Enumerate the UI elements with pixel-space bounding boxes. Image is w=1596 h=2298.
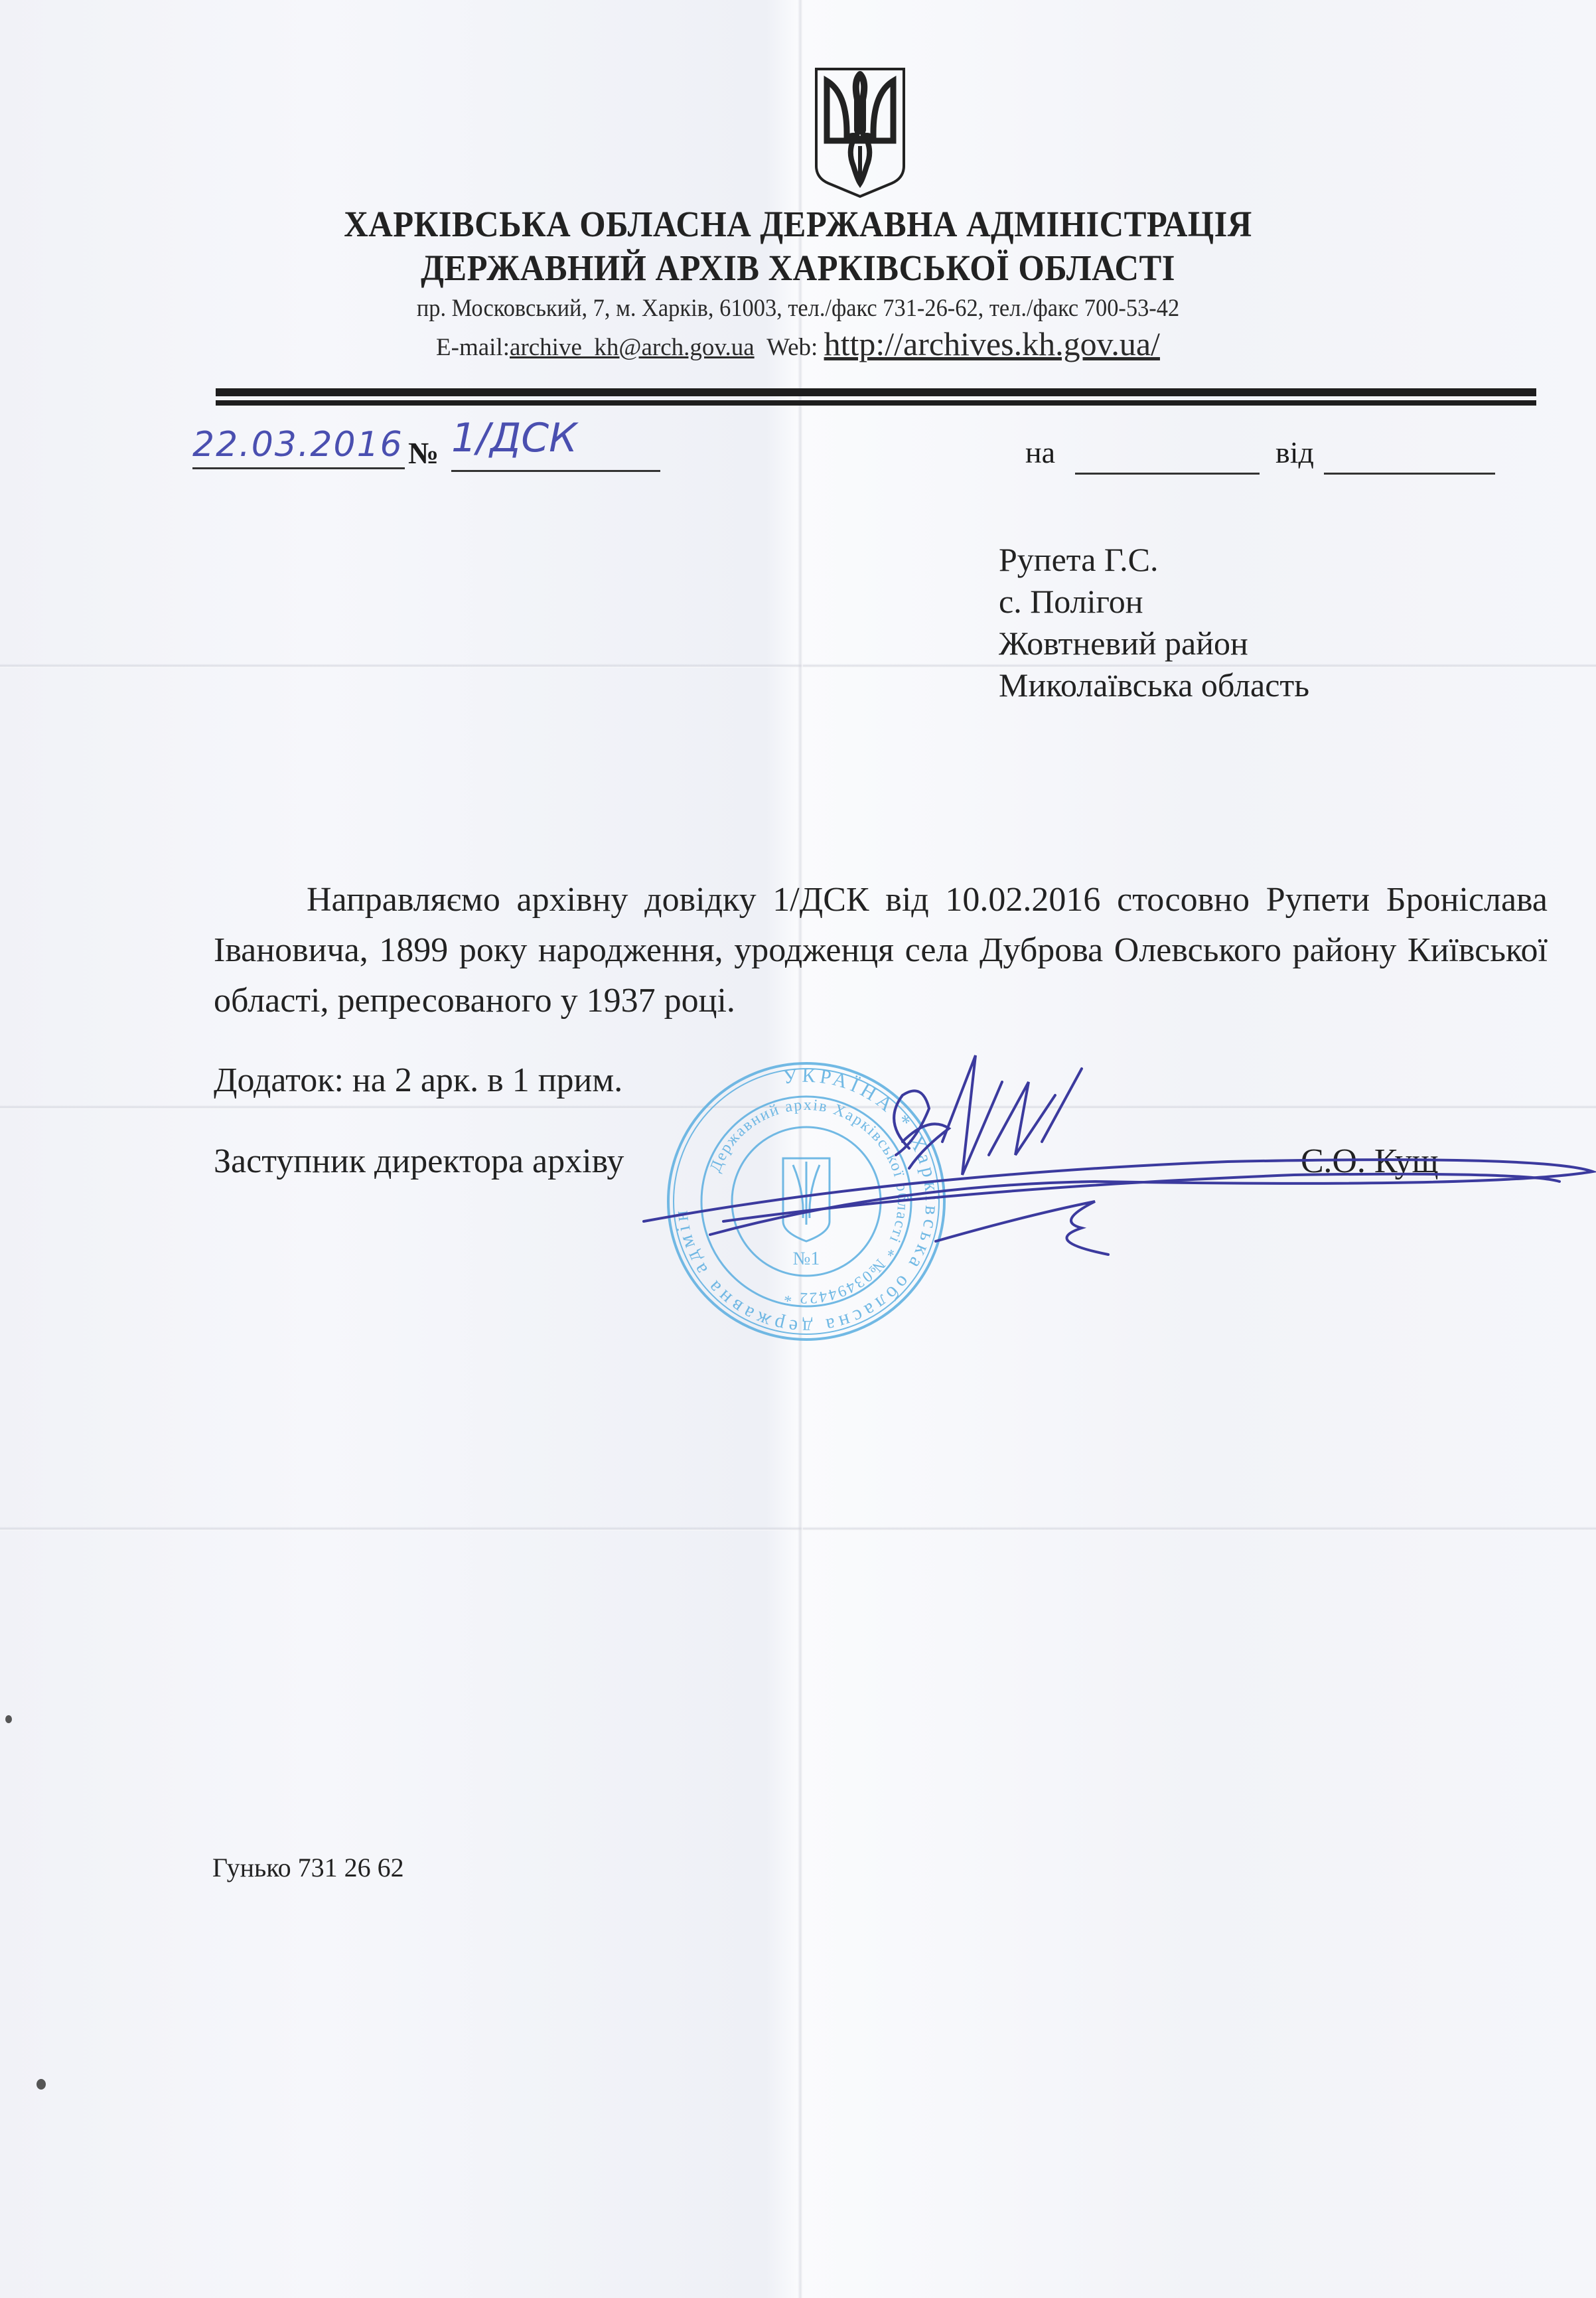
signatory-position: Заступник директора архіву: [214, 1142, 624, 1181]
number-underline: [451, 470, 660, 472]
in-reply-to-blank: [1075, 473, 1260, 475]
executor-contact: Гунько 731 26 62: [212, 1852, 404, 1883]
from-date-label: від: [1275, 435, 1314, 470]
organization-contacts: E-mail:archive_kh@arch.gov.ua Web: http:…: [0, 325, 1596, 363]
attachment-note: Додаток: на 2 арк. в 1 прим.: [214, 1061, 622, 1100]
recipient-block: Рупета Г.С. с. Полігон Жовтневий район М…: [999, 539, 1309, 706]
email-link[interactable]: archive_kh@arch.gov.ua: [510, 334, 755, 361]
coat-of-arms-icon: [814, 66, 907, 199]
outgoing-date-handwritten: 22.03.2016: [192, 425, 403, 465]
web-label: Web:: [766, 334, 818, 361]
organization-name-line2: ДЕРЖАВНИЙ АРХІВ ХАРКІВСЬКОЇ ОБЛАСТІ: [64, 247, 1532, 289]
web-link[interactable]: http://archives.kh.gov.ua/: [824, 325, 1160, 362]
handwritten-signature: [630, 1042, 1596, 1261]
paper-speck: [36, 2079, 46, 2090]
email-label: E-mail:: [436, 334, 510, 361]
organization-name-line1: ХАРКІВСЬКА ОБЛАСНА ДЕРЖАВНА АДМІНІСТРАЦІ…: [64, 203, 1532, 245]
letterhead-divider: [216, 400, 1536, 406]
body-paragraph: Направляємо архівну довідку 1/ДСК від 10…: [214, 875, 1548, 1026]
in-reply-to-label: на: [1025, 435, 1055, 470]
recipient-name: Рупета Г.С.: [999, 539, 1309, 581]
letterhead-divider: [216, 388, 1536, 396]
date-underline: [192, 467, 405, 469]
recipient-village: с. Полігон: [999, 581, 1309, 623]
recipient-district: Жовтневий район: [999, 623, 1309, 664]
from-date-blank: [1324, 473, 1495, 475]
letter-body: Направляємо архівну довідку 1/ДСК від 10…: [214, 875, 1548, 1026]
recipient-region: Миколаївська область: [999, 664, 1309, 706]
number-sign: №: [408, 435, 439, 471]
outgoing-number-handwritten: 1/ДСК: [451, 415, 577, 461]
paper-speck: [5, 1715, 12, 1723]
organization-address: пр. Московський, 7, м. Харків, 61003, те…: [56, 294, 1540, 323]
